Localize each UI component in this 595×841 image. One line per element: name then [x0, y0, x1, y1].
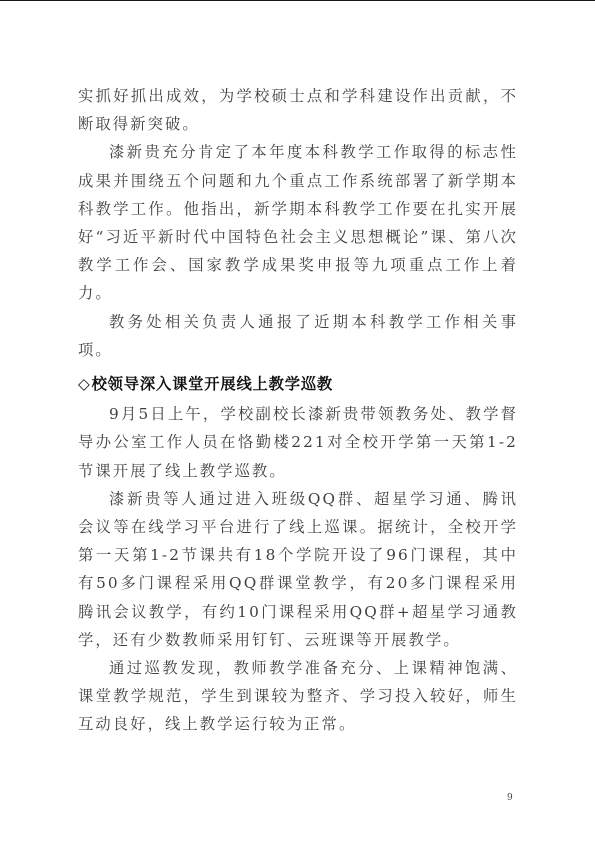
page-top-border: [0, 0, 595, 1]
paragraph-inspection-statistics: 漆新贵等人通过进入班级QQ群、超星学习通、腾讯会议等在线学习平台进行了线上巡课。…: [78, 485, 518, 654]
paragraph-achievements: 漆新贵充分肯定了本年度本科教学工作取得的标志性成果并围绕五个问题和九个重点工作系…: [78, 138, 518, 307]
diamond-bullet-icon: ◇: [78, 370, 91, 398]
paragraph-continuation: 实抓好抓出成效，为学校硕士点和学科建设作出贡献，不断取得新突破。: [78, 82, 518, 138]
section-heading-text: 校领导深入课堂开展线上教学巡教: [92, 375, 333, 393]
paragraph-academic-affairs-report: 教务处相关负责人通报了近期本科教学工作相关事项。: [78, 308, 518, 364]
document-body: 实抓好抓出成效，为学校硕士点和学科建设作出贡献，不断取得新突破。 漆新贵充分肯定…: [78, 82, 518, 739]
page-number: 9: [507, 793, 513, 803]
paragraph-inspection-findings: 通过巡教发现，教师教学准备充分、上课精神饱满、课堂教学规范，学生到课较为整齐、学…: [78, 654, 518, 739]
section-heading: ◇校领导深入课堂开展线上教学巡教: [78, 370, 518, 398]
paragraph-inspection-intro: 9月5日上午，学校副校长漆新贵带领教务处、教学督导办公室工作人员在恪勤楼221对…: [78, 400, 518, 485]
